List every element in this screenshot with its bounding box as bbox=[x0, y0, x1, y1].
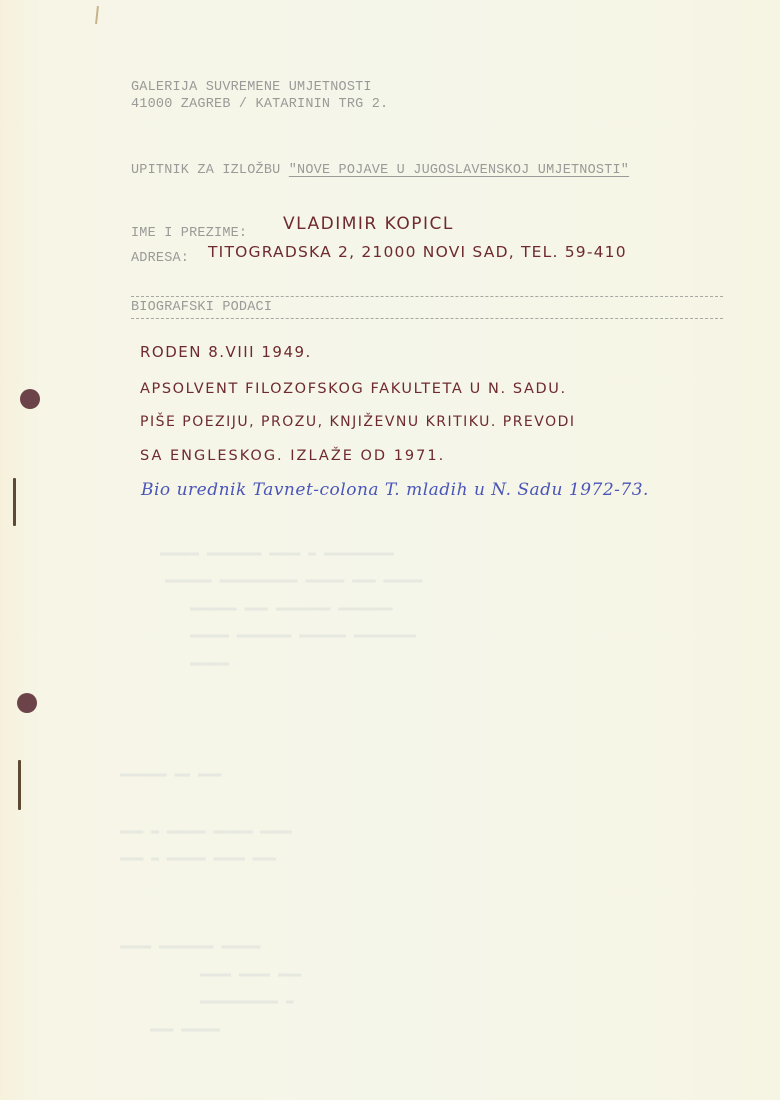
biography-section-label: BIOGRAFSKI PODACI bbox=[131, 300, 272, 315]
section-rule-top bbox=[131, 296, 723, 297]
document-page: GALERIJA SUVREMENE UMJETNOSTI 41000 ZAGR… bbox=[0, 0, 780, 1100]
margin-mark-top bbox=[13, 478, 16, 526]
letterhead-line-1: GALERIJA SUVREMENE UMJETNOSTI bbox=[131, 80, 372, 95]
paper-scratch bbox=[95, 6, 99, 24]
bleed-through-text: ▬▬▬▬▬▬ ▬▬▬ ▬▬▬▬▬▬▬ ▬▬▬▬▬▬▬ bbox=[190, 600, 393, 615]
bleed-through-text: ▬▬▬▬ ▬▬▬▬ ▬▬▬ bbox=[200, 966, 301, 981]
bleed-through-text: ▬▬▬▬▬▬▬▬▬▬ ▬ bbox=[200, 993, 294, 1008]
punch-hole-top bbox=[20, 389, 40, 409]
name-label: IME I PREZIME: bbox=[131, 226, 247, 241]
section-rule-bottom bbox=[131, 318, 723, 319]
letterhead-line-2: 41000 ZAGREB / KATARININ TRG 2. bbox=[131, 97, 388, 112]
bio-line-3: Piše poeziju, prozu, književnu kritiku. … bbox=[140, 414, 576, 430]
punch-hole-bottom bbox=[17, 693, 37, 713]
title-prefix: UPITNIK ZA IZLOŽBU bbox=[131, 163, 280, 178]
questionnaire-title: UPITNIK ZA IZLOŽBU "NOVE POJAVE U JUGOSL… bbox=[131, 163, 629, 178]
address-label: ADRESA: bbox=[131, 251, 189, 266]
bleed-through-text: ▬▬▬ ▬ ▬▬▬▬▬ ▬▬▬▬ ▬▬▬ bbox=[120, 850, 276, 865]
bleed-through-text: ▬▬▬▬▬ bbox=[190, 655, 229, 670]
bleed-through-text: ▬▬▬▬▬▬ ▬▬ ▬▬▬ bbox=[120, 766, 221, 781]
bio-line-1: Roden 8.VIII 1949. bbox=[140, 343, 312, 361]
address-value: Titogradska 2, 21000 Novi Sad, tel. 59-4… bbox=[208, 243, 627, 261]
name-value: Vladimir Kopicl bbox=[283, 214, 454, 234]
bio-line-2: Apsolvent Filozofskog fakulteta u N. Sad… bbox=[140, 381, 567, 397]
bleed-through-text: ▬▬▬ ▬ ▬▬▬▬▬ ▬▬▬▬▬ ▬▬▬▬ bbox=[120, 823, 292, 838]
bleed-through-text: ▬▬▬▬▬ ▬▬▬▬▬▬▬ ▬▬▬▬ ▬ ▬▬▬▬▬▬▬▬▬ bbox=[160, 545, 394, 560]
bleed-through-text: ▬▬▬ ▬▬▬▬▬ bbox=[150, 1021, 220, 1036]
bio-line-4: sa engleskog. Izlaže od 1971. bbox=[140, 448, 445, 464]
exhibition-name: "NOVE POJAVE U JUGOSLAVENSKOJ UMJETNOSTI… bbox=[289, 163, 629, 178]
bio-note-blue: Bio urednik Tavnet-colona T. mladih u N.… bbox=[141, 480, 649, 500]
bleed-through-text: ▬▬▬▬ ▬▬▬▬▬▬▬ ▬▬▬▬▬ bbox=[120, 938, 260, 953]
bleed-through-text: ▬▬▬▬▬ ▬▬▬▬▬▬▬ ▬▬▬▬▬▬ ▬▬▬▬▬▬▬▬ bbox=[190, 627, 416, 642]
bleed-through-text: ▬▬▬▬▬▬ ▬▬▬▬▬▬▬▬▬▬ ▬▬▬▬▬ ▬▬▬ ▬▬▬▬▬ bbox=[165, 572, 422, 587]
margin-mark-bottom bbox=[18, 760, 21, 810]
